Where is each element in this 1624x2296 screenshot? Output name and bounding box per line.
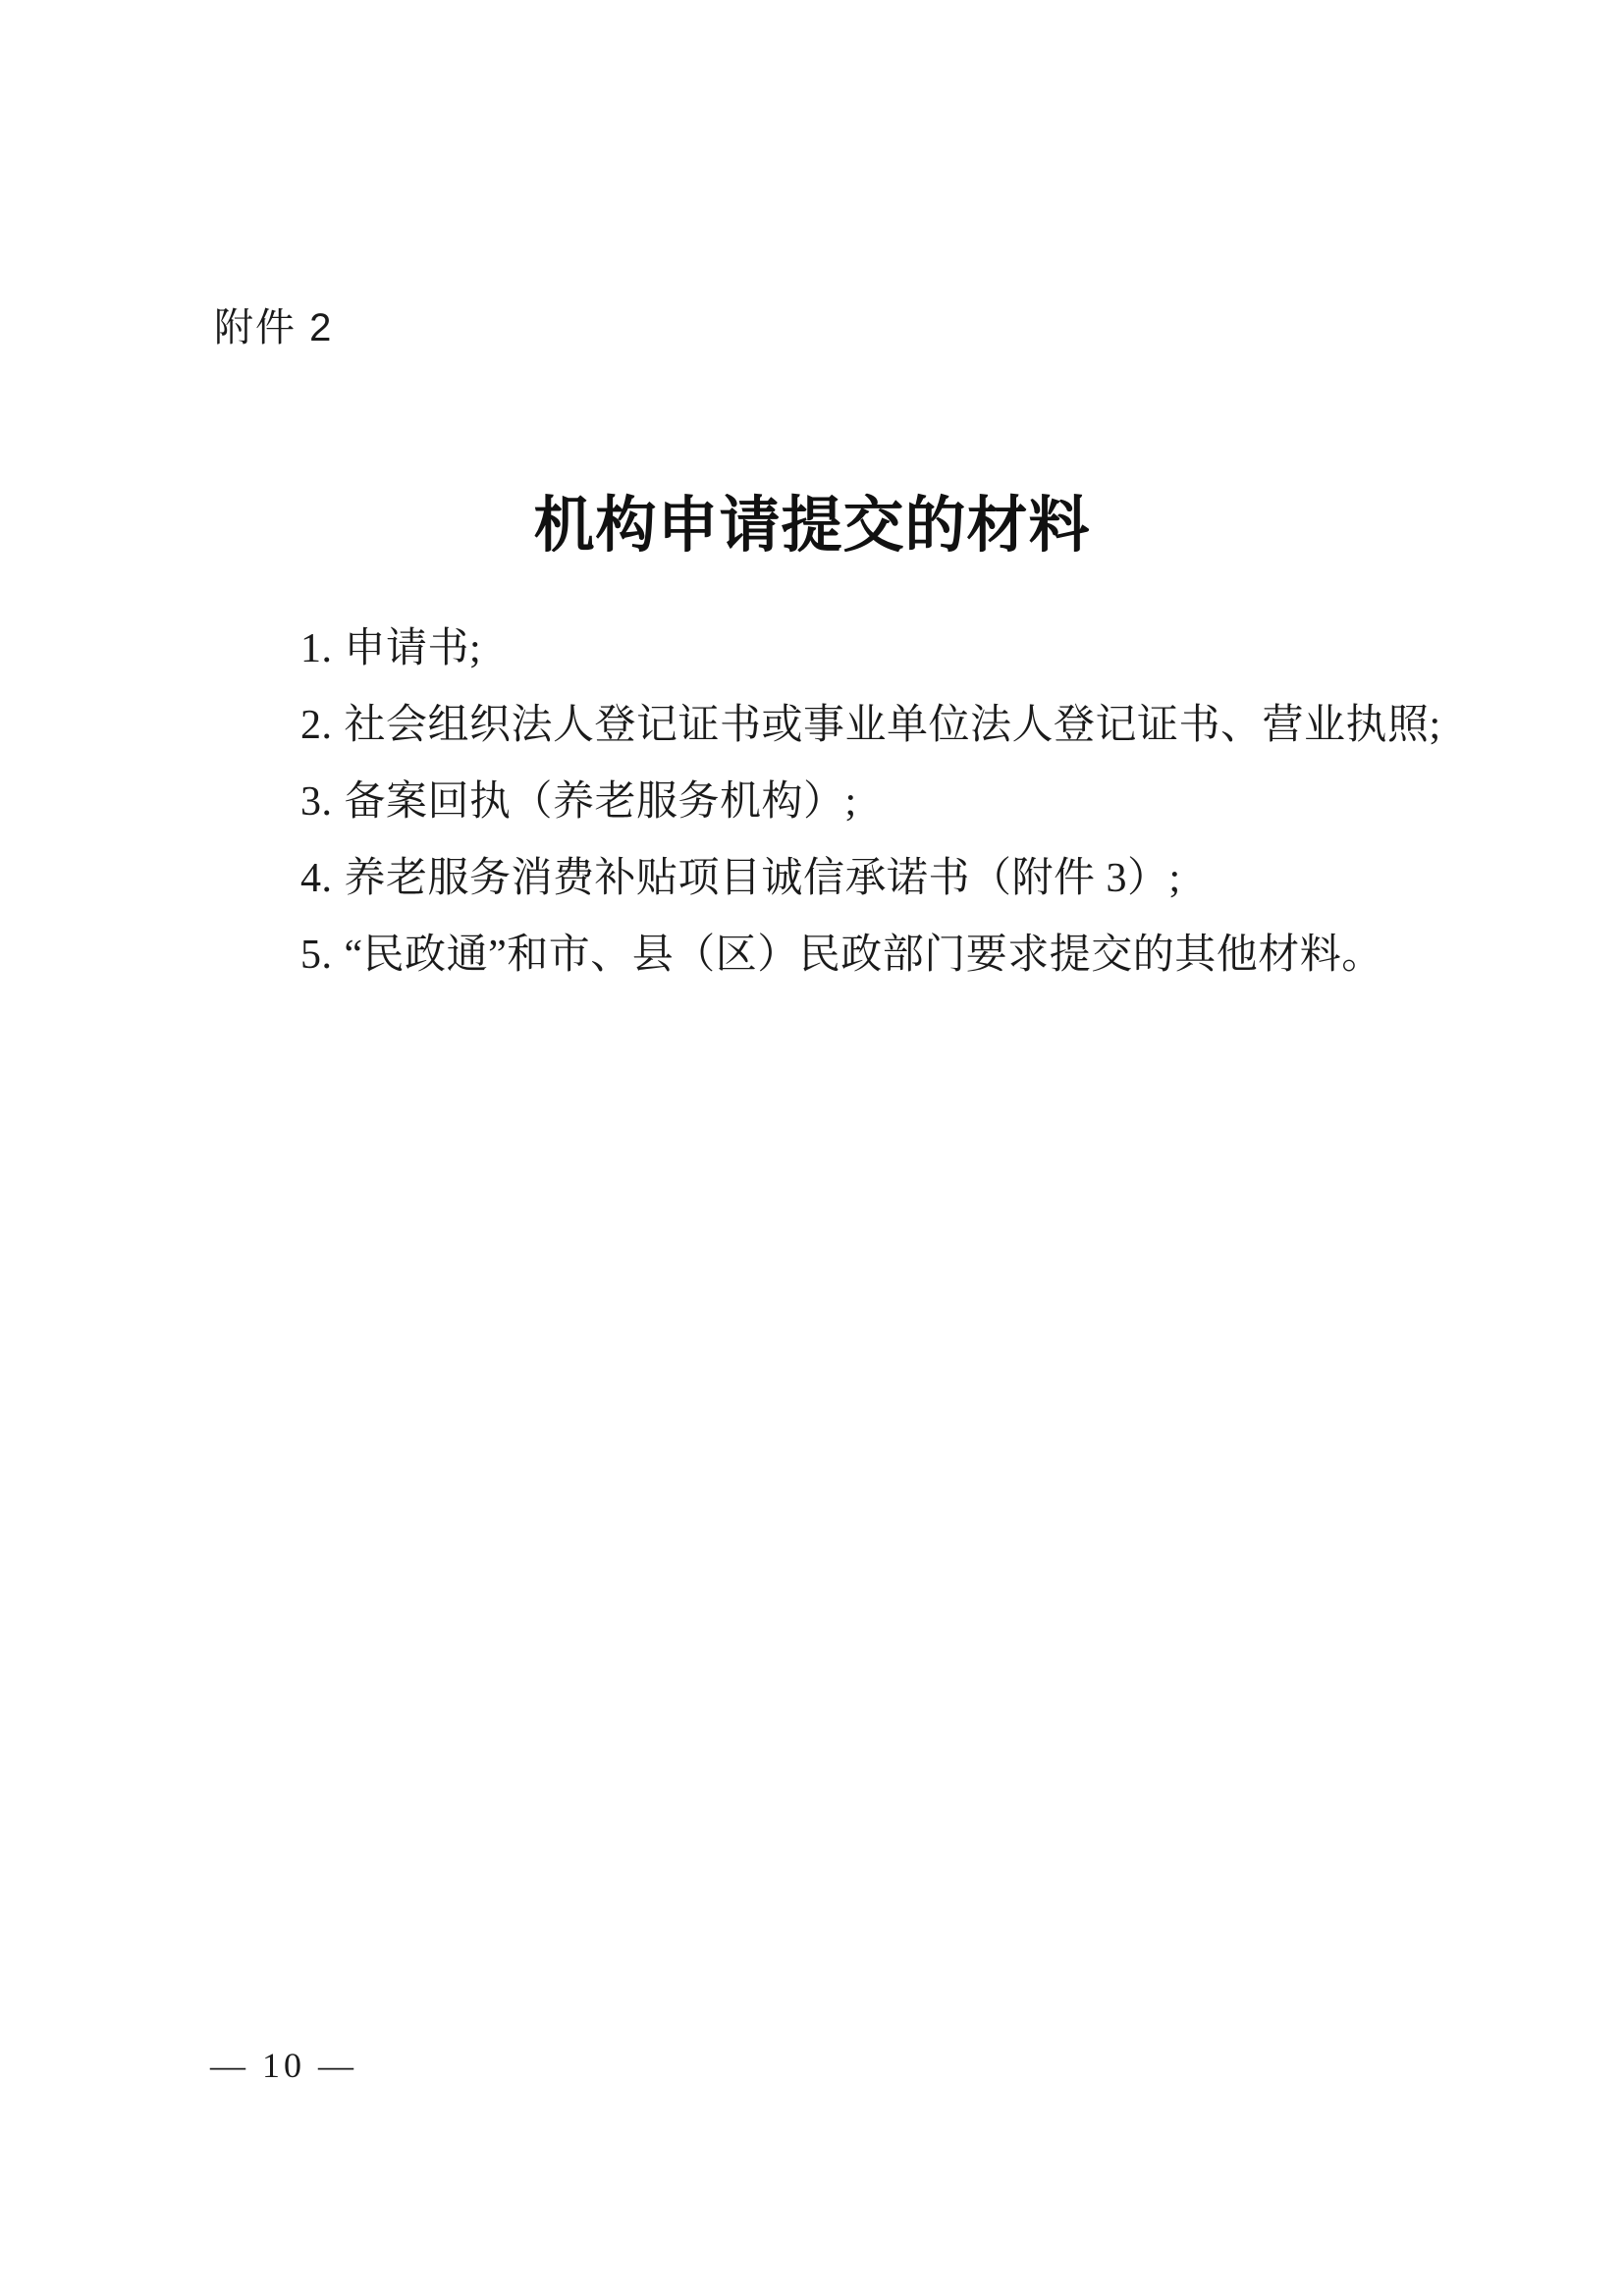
attachment-label: 附件 2 [214,304,333,351]
list-item-number: 2. [300,703,333,748]
page-number: — 10 — [210,2044,357,2087]
document-page: 附件 2 机构申请提交的材料 1.申请书; 2.社会组织法人登记证书或事业单位法… [0,0,1624,2296]
list-item-number: 1. [300,626,333,671]
list-item: 3.备案回执（养老服务机构）; [214,764,1422,840]
list-item: 4.养老服务消费补贴项目诚信承诺书（附件 3）; [214,840,1422,917]
materials-list: 1.申请书; 2.社会组织法人登记证书或事业单位法人登记证书、营业执照; 3.备… [214,611,1422,993]
list-item: 1.申请书; [214,611,1422,687]
page-title: 机构申请提交的材料 [0,491,1624,561]
list-item-number: 3. [300,779,333,825]
list-item-number: 4. [300,856,333,901]
list-item: 5.“民政通”和市、县（区）民政部门要求提交的其他材料。 [214,917,1422,993]
list-item-text: 申请书; [345,626,482,671]
list-item-text: “民政通”和市、县（区）民政部门要求提交的其他材料。 [345,933,1383,978]
list-item-text: 养老服务消费补贴项目诚信承诺书（附件 3）; [345,856,1181,901]
list-item-text: 备案回执（养老服务机构）; [345,779,857,825]
list-item-number: 5. [300,933,333,978]
list-item-text: 社会组织法人登记证书或事业单位法人登记证书、营业执照; [345,703,1441,748]
list-item: 2.社会组织法人登记证书或事业单位法人登记证书、营业执照; [214,687,1422,764]
